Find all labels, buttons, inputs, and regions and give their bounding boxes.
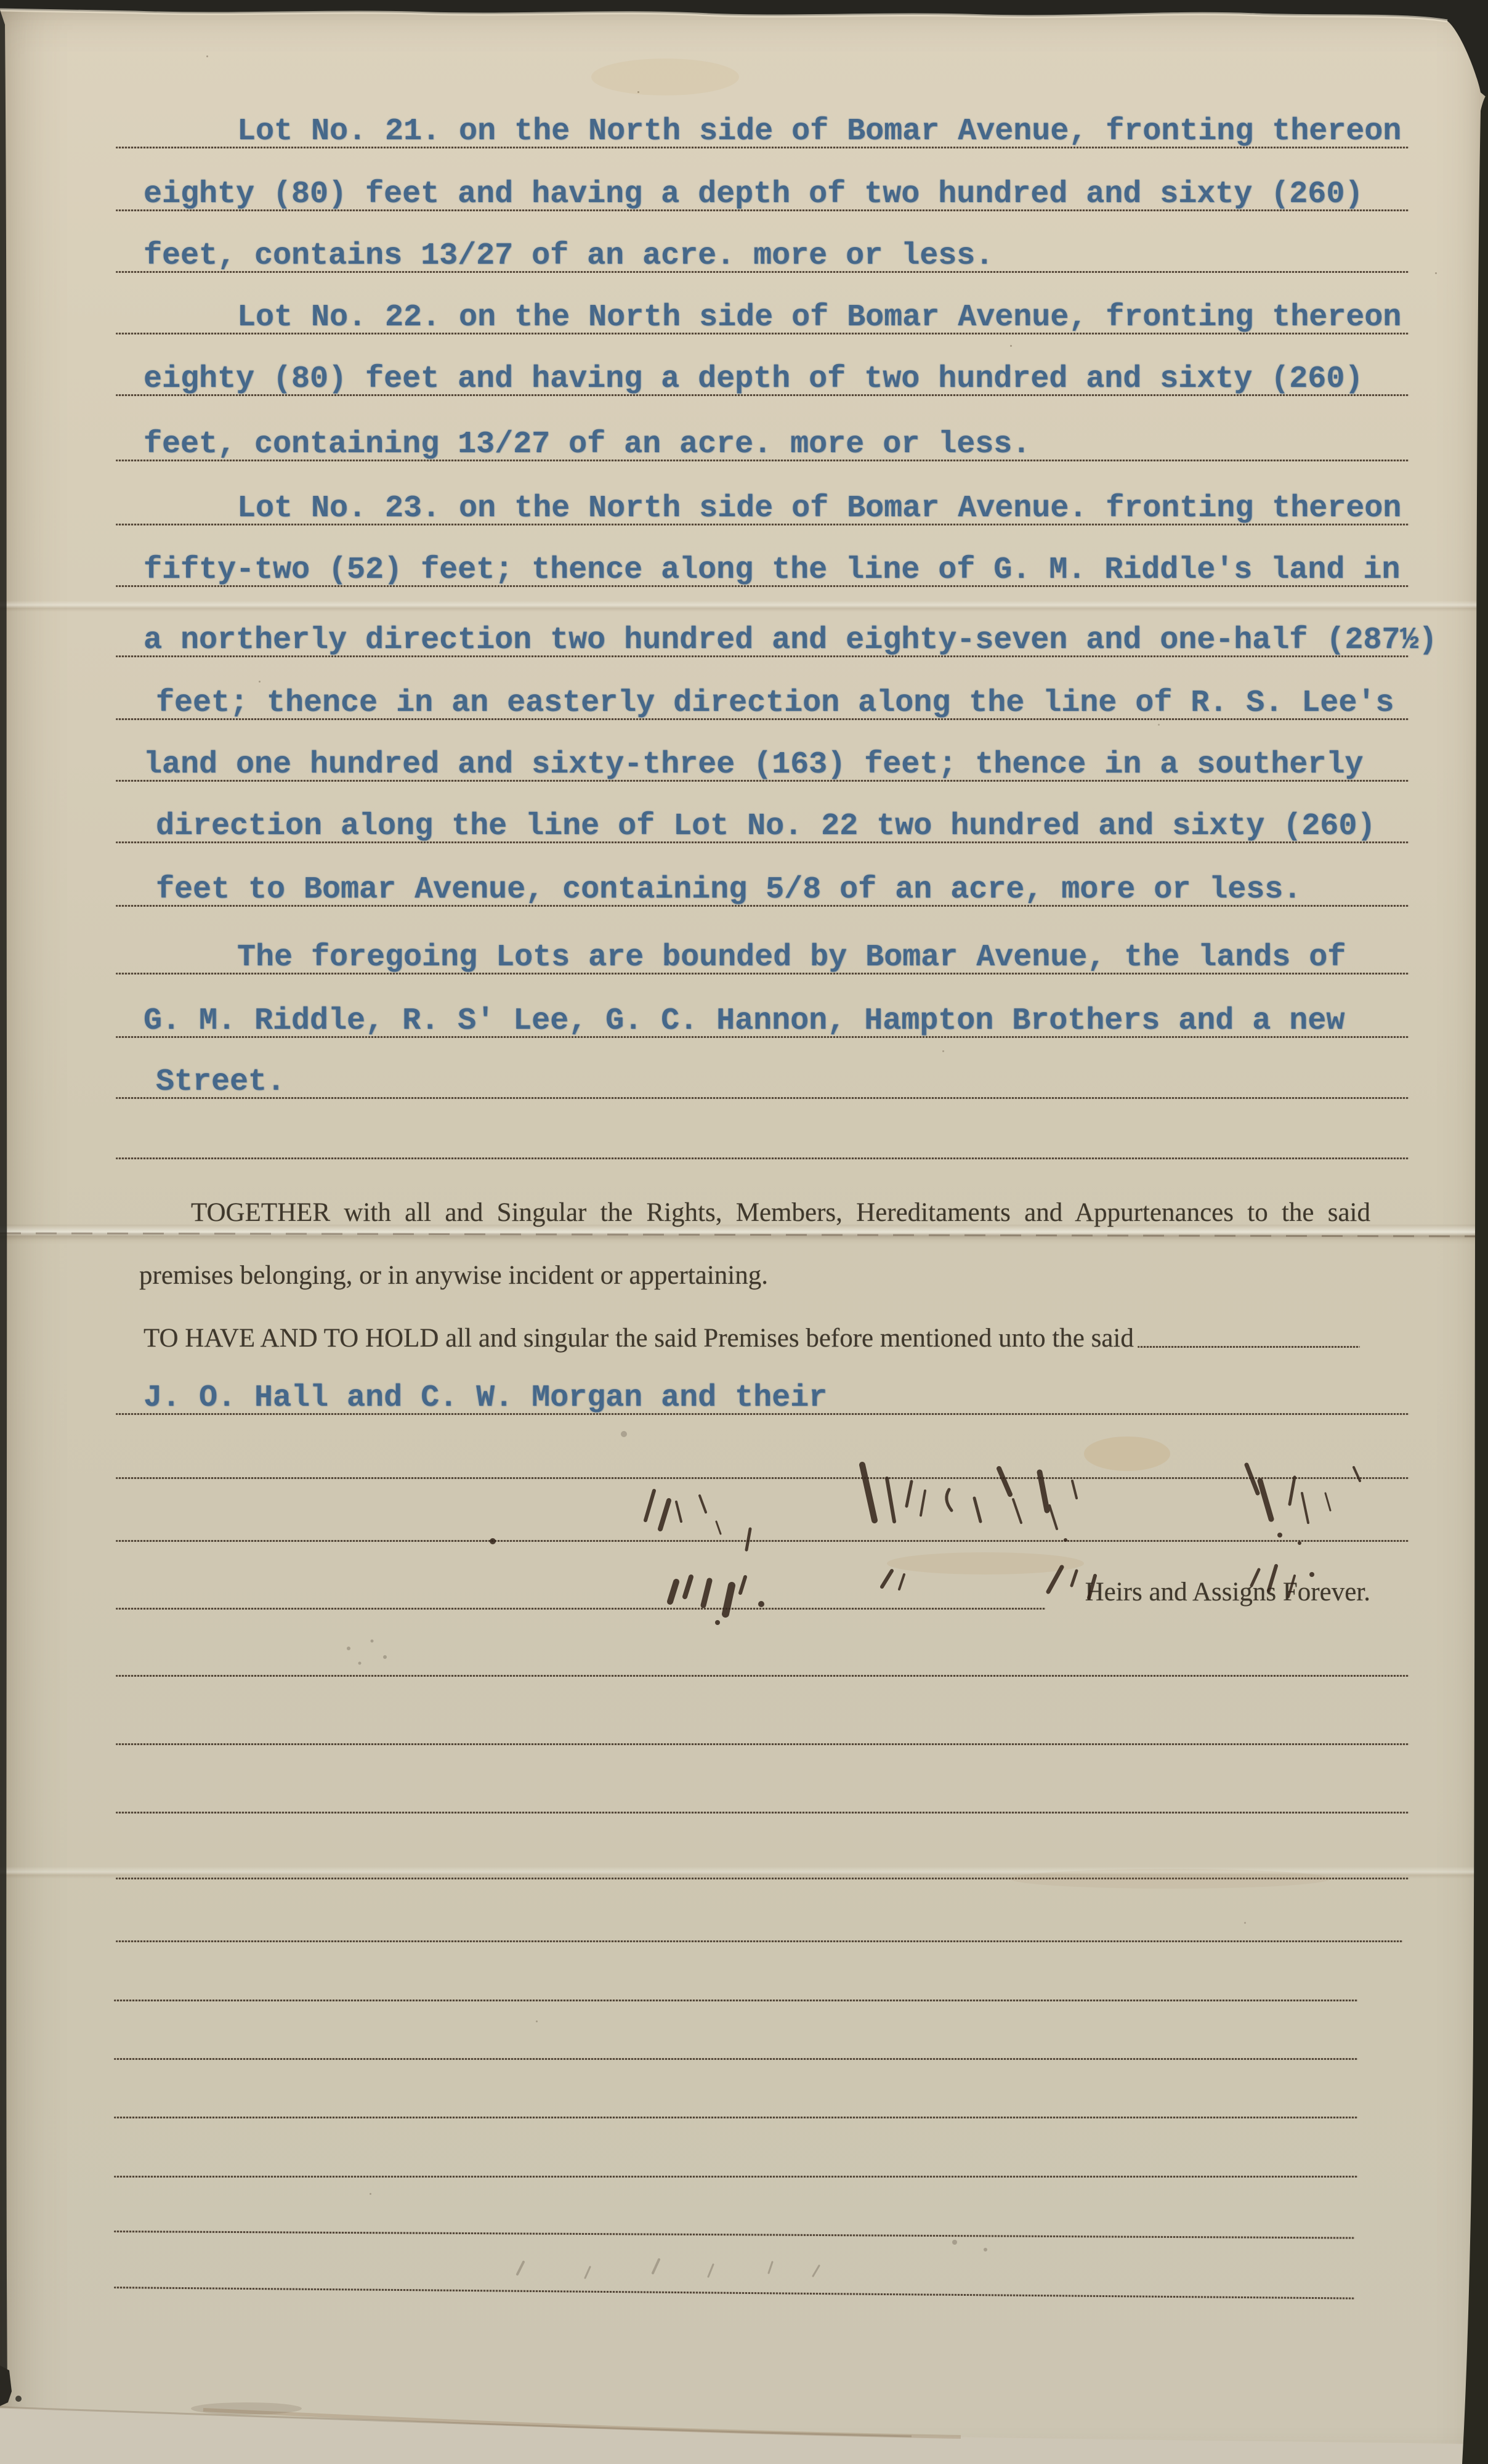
scan-edge-top	[0, 0, 1488, 99]
ruled-line	[114, 2231, 1355, 2239]
ruled-line	[116, 1675, 1409, 1677]
typed-line: feet to Bomar Avenue, containing 5/8 of …	[156, 873, 1301, 907]
fold-crease-upper	[0, 601, 1488, 612]
ruled-line	[114, 2058, 1358, 2060]
ruled-line	[1138, 1346, 1360, 1348]
ink-smudge-faint	[347, 1431, 987, 2278]
ruled-line	[114, 2176, 1358, 2178]
typed-line: land one hundred and sixty-three (163) f…	[144, 748, 1363, 782]
typed-line: feet, containing 13/27 of an acre. more …	[144, 428, 1030, 461]
torn-edge-highlight	[0, 10, 1447, 21]
typed-line: feet; thence in an easterly direction al…	[156, 686, 1394, 720]
ruled-line	[116, 1413, 1409, 1415]
printed-tohave-text: TO HAVE AND TO HOLD all and singular the…	[144, 1323, 1134, 1353]
dust-specks	[637, 91, 639, 93]
ruled-line	[116, 1812, 1409, 1814]
typed-line: Lot No. 22. on the North side of Bomar A…	[237, 301, 1401, 334]
scan-edge-right	[1462, 92, 1488, 2464]
ruled-line	[116, 1477, 1409, 1479]
ruled-line	[116, 333, 1409, 334]
typed-line: feet, contains 13/27 of an acre. more or…	[144, 239, 993, 273]
ruled-line	[114, 2000, 1358, 2001]
printed-premises-line: premises belonging, or in anywise incide…	[139, 1260, 768, 1291]
ruled-line	[116, 524, 1409, 525]
ruled-line	[116, 780, 1409, 782]
typed-line: direction along the line of Lot No. 22 t…	[156, 809, 1375, 843]
ruled-line	[116, 1940, 1403, 1942]
ruled-line	[116, 460, 1409, 461]
typed-line: eighty (80) feet and having a depth of t…	[144, 177, 1363, 211]
fold-crease-lower	[0, 1866, 1488, 1879]
deed-page: TOGETHER with all and Singular the Right…	[0, 0, 1488, 2464]
ruled-line	[116, 841, 1409, 843]
ruled-line	[116, 1036, 1409, 1038]
typed-line: The foregoing Lots are bounded by Bomar …	[237, 941, 1346, 975]
ruled-line	[116, 209, 1409, 211]
ruled-line	[116, 1097, 1409, 1099]
scan-edge-left	[0, 10, 7, 2404]
ruled-line	[114, 2117, 1358, 2118]
bottom-fold-band	[0, 2402, 1488, 2464]
ruled-line	[116, 1157, 1409, 1159]
typed-line: J. O. Hall and C. W. Morgan and their	[144, 1381, 827, 1415]
scan-edge-corner	[0, 2365, 12, 2406]
ruled-line	[116, 271, 1409, 273]
ruled-line	[116, 718, 1409, 720]
typed-line: Lot No. 21. on the North side of Bomar A…	[237, 115, 1401, 148]
printed-tohave-line: TO HAVE AND TO HOLD all and singular the…	[144, 1323, 1360, 1353]
ruled-line	[116, 147, 1409, 148]
ruled-line	[116, 1878, 1409, 1879]
typed-line: eighty (80) feet and having a depth of t…	[144, 362, 1363, 396]
ruled-line	[116, 655, 1409, 657]
ruled-line	[116, 973, 1409, 975]
typed-line: G. M. Riddle, R. S' Lee, G. C. Hannon, H…	[144, 1004, 1344, 1038]
ruled-line	[114, 2287, 1355, 2300]
typed-line: a northerly direction two hundred and ei…	[144, 623, 1437, 657]
typed-line: Lot No. 23. on the North side of Bomar A…	[237, 492, 1401, 525]
fold-crease-line	[0, 1232, 1488, 1237]
ruled-line	[116, 1540, 1409, 1542]
ruled-line	[116, 1743, 1409, 1745]
ruled-line	[116, 1608, 1046, 1610]
ruled-line	[116, 394, 1409, 396]
ruled-line	[116, 905, 1409, 907]
ruled-line	[116, 585, 1409, 587]
printed-together-line: TOGETHER with all and Singular the Right…	[144, 1197, 1370, 1229]
printed-heirs-line: Heirs and Assigns Forever.	[1085, 1577, 1370, 1607]
typed-line: fifty-two (52) feet; thence along the li…	[144, 553, 1400, 587]
typed-line: Street.	[156, 1065, 285, 1099]
